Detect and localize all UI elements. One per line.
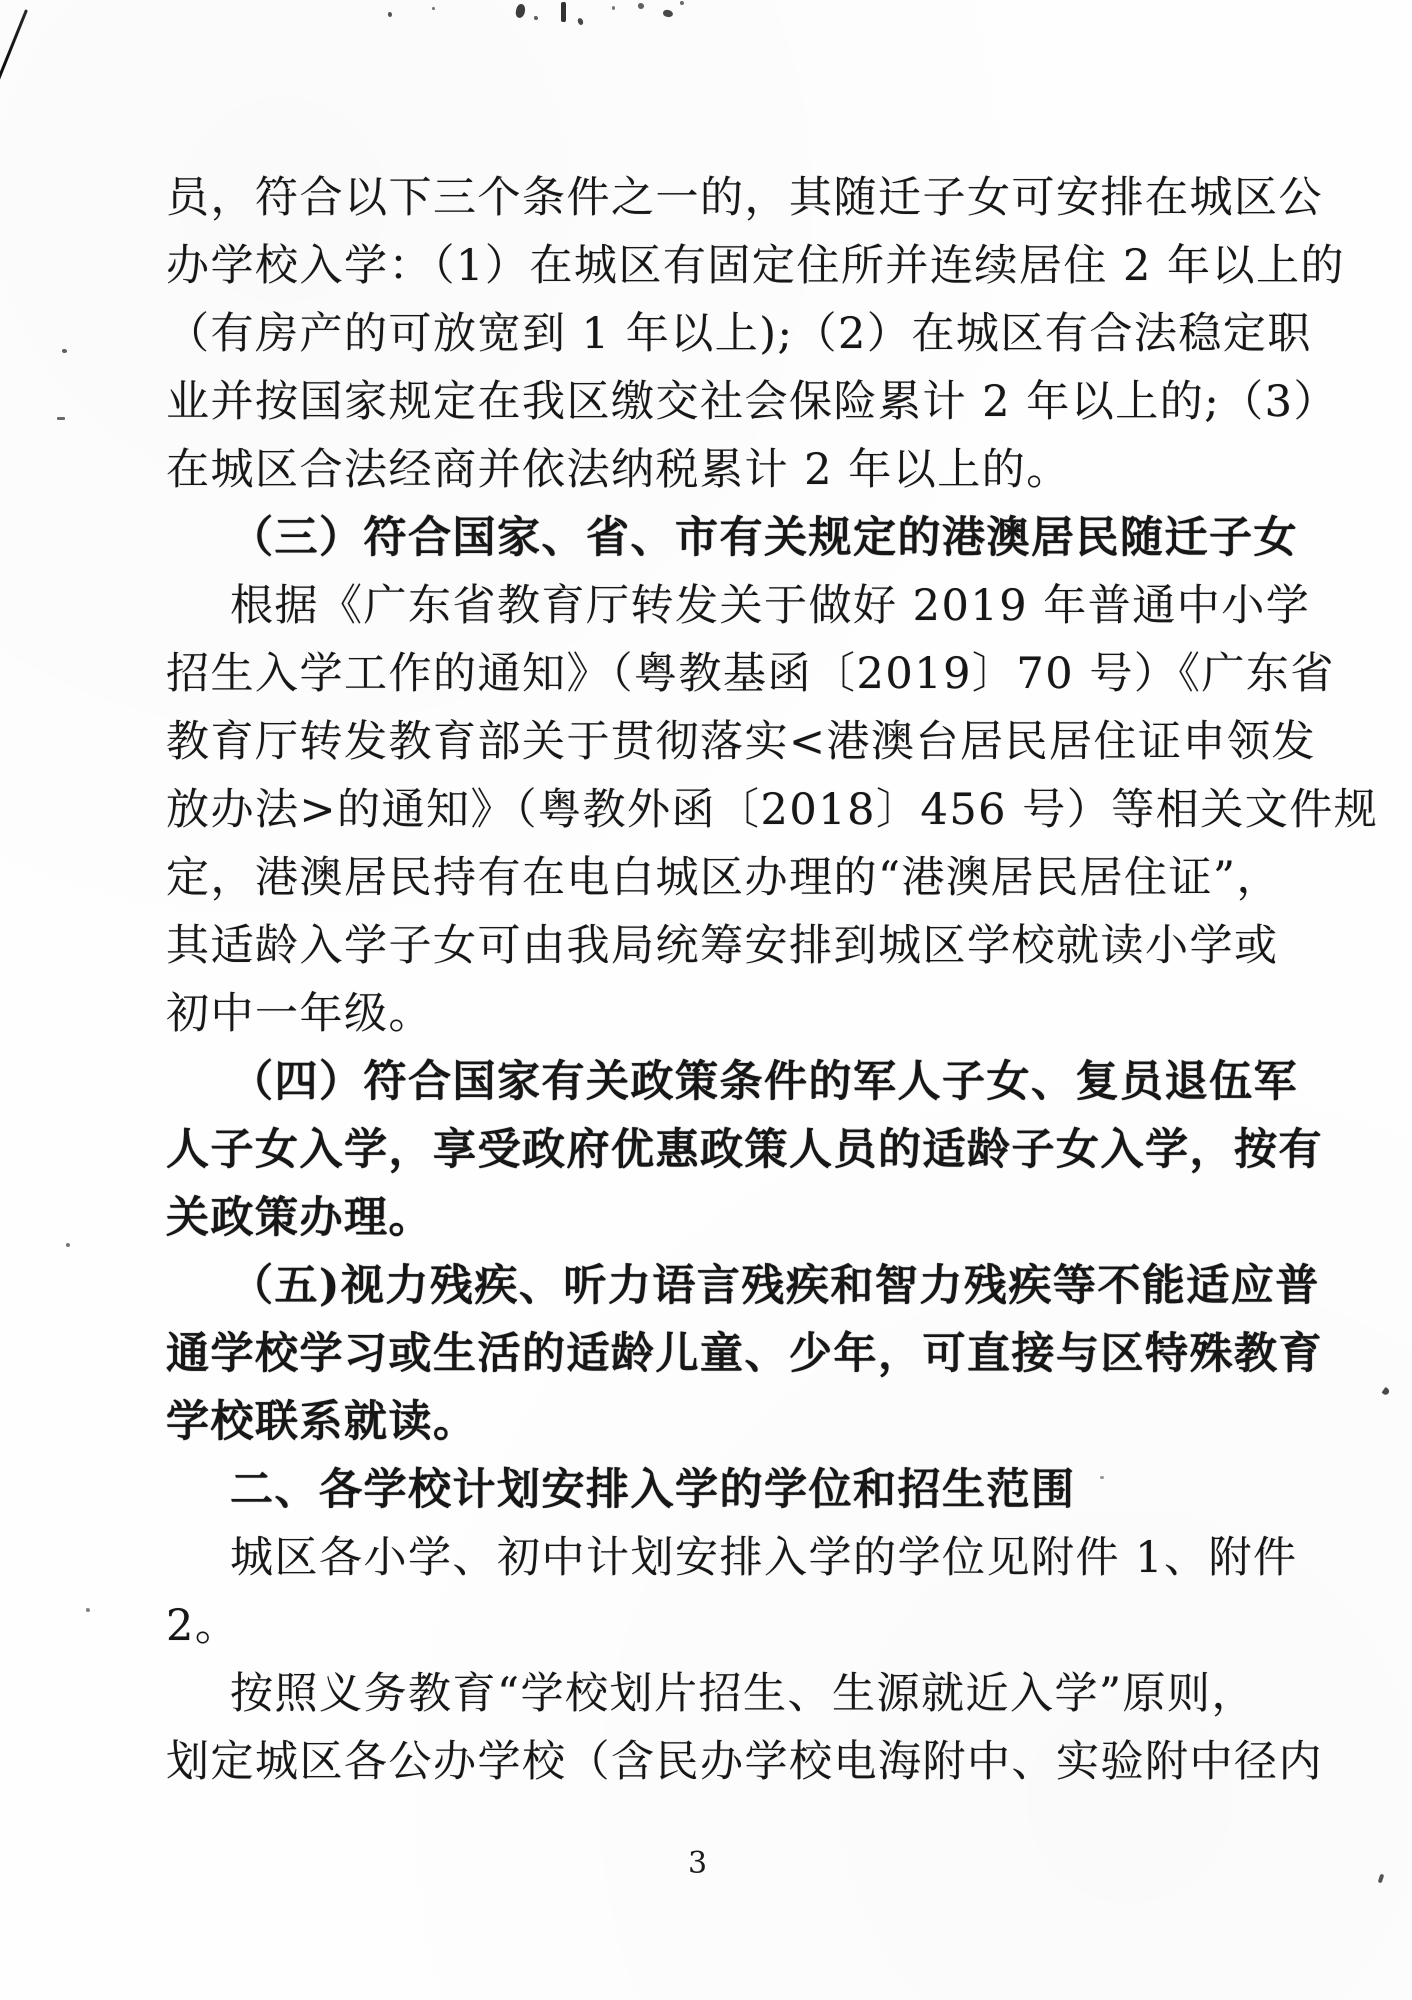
- text-line: 定，港澳居民持有在电白城区办理的“港澳居民居住证”，: [166, 844, 1266, 912]
- text-line: 通学校学习或生活的适龄儿童、少年，可直接与区特殊教育: [166, 1320, 1266, 1388]
- scan-speck: [86, 1608, 90, 1612]
- text-line: 在城区合法经商并依法纳税累计 2 年以上的。: [166, 436, 1266, 504]
- text-line: （有房产的可放宽到 1 年以上);（2）在城区有合法稳定职: [166, 300, 1266, 368]
- scan-speck: [561, 2, 566, 22]
- text-line: 划定城区各公办学校（含民办学校电海附中、实验附中径内: [166, 1728, 1266, 1796]
- text-line: 学校联系就读。: [166, 1388, 1266, 1456]
- scan-speck: [1382, 1387, 1391, 1396]
- text-line: 二、各学校计划安排入学的学位和招生范围: [166, 1456, 1266, 1524]
- scan-speck: [388, 12, 392, 17]
- scan-speck: [534, 16, 538, 20]
- text-line: （三）符合国家、省、市有关规定的港澳居民随迁子女: [166, 504, 1266, 572]
- text-line: 关政策办理。: [166, 1184, 1266, 1252]
- text-line: 初中一年级。: [166, 980, 1266, 1048]
- page-number: 3: [688, 1846, 707, 1881]
- scan-speck: [57, 417, 65, 420]
- text-line: （五)视力残疾、听力语言残疾和智力残疾等不能适应普: [166, 1252, 1266, 1320]
- scan-speck: [612, 6, 615, 10]
- text-line: 根据《广东省教育厅转发关于做好 2019 年普通中小学: [166, 572, 1266, 640]
- scan-speck: [432, 7, 435, 10]
- text-line: 其适龄入学子女可由我局统筹安排到城区学校就读小学或: [166, 912, 1266, 980]
- scan-speck: [638, 3, 644, 9]
- scan-speck: [663, 9, 674, 17]
- text-line: 2。: [166, 1592, 1266, 1660]
- text-line: 办学校入学：（1）在城区有固定住所并连续居住 2 年以上的: [166, 232, 1266, 300]
- scan-speck: [66, 1243, 70, 1247]
- text-line: 城区各小学、初中计划安排入学的学位见附件 1、附件: [166, 1524, 1266, 1592]
- text-line: 按照义务教育“学校划片招生、生源就近入学”原则，: [166, 1660, 1266, 1728]
- pen-stroke-mark: [0, 9, 28, 105]
- scan-speck: [514, 3, 526, 19]
- text-line: 放办法>的通知》（粤教外函〔2018〕456 号）等相关文件规: [166, 776, 1266, 844]
- text-line: 人子女入学，享受政府优惠政策人员的适龄子女入学，按有: [166, 1116, 1266, 1184]
- text-line: 员，符合以下三个条件之一的，其随迁子女可安排在城区公: [166, 164, 1266, 232]
- text-line: （四）符合国家有关政策条件的军人子女、复员退伍军: [166, 1048, 1266, 1116]
- scan-speck: [62, 349, 67, 353]
- scan-speck: [577, 17, 584, 25]
- text-line: 招生入学工作的通知》（粤教基函〔2019〕70 号）《广东省: [166, 640, 1266, 708]
- text-line: 业并按国家规定在我区缴交社会保险累计 2 年以上的;（3）: [166, 368, 1266, 436]
- scan-speck: [680, 1, 684, 5]
- scan-speck: [1378, 1874, 1385, 1884]
- scanned-document-page: 员，符合以下三个条件之一的，其随迁子女可安排在城区公办学校入学：（1）在城区有固…: [0, 0, 1412, 2000]
- document-body-text: 员，符合以下三个条件之一的，其随迁子女可安排在城区公办学校入学：（1）在城区有固…: [166, 164, 1266, 1796]
- text-line: 教育厅转发教育部关于贯彻落实<港澳台居民居住证申领发: [166, 708, 1266, 776]
